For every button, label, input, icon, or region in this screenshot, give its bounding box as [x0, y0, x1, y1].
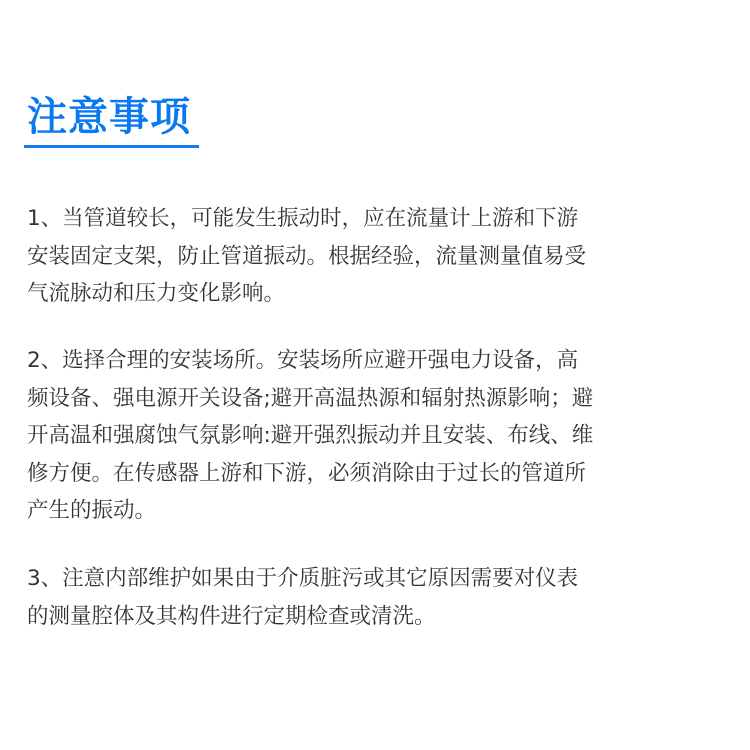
paragraph-line: 产生的振动。	[27, 492, 727, 530]
paragraph-line: 的测量腔体及其构件进行定期检查或清洗。	[27, 598, 727, 636]
paragraph-line: 2、选择合理的安装场所。安装场所应避开强电力设备，高	[27, 342, 727, 380]
note-paragraph-1: 1、当管道较长，可能发生振动时，应在流量计上游和下游 安装固定支架，防止管道振动…	[27, 200, 727, 313]
note-paragraph-3: 3、注意内部维护如果由于介质脏污或其它原因需要对仪表 的测量腔体及其构件进行定期…	[27, 560, 727, 635]
paragraph-line: 修方便。在传感器上游和下游，必须消除由于过长的管道所	[27, 455, 727, 493]
page-title: 注意事项	[24, 93, 199, 141]
paragraph-line: 1、当管道较长，可能发生振动时，应在流量计上游和下游	[27, 200, 727, 238]
paragraph-line: 气流脉动和压力变化影响。	[27, 275, 727, 313]
note-paragraph-2: 2、选择合理的安装场所。安装场所应避开强电力设备，高 频设备、强电源开关设备;避…	[27, 342, 727, 530]
heading-block: 注意事项	[24, 93, 199, 148]
paragraph-line: 频设备、强电源开关设备;避开高温热源和辐射热源影响；避	[27, 380, 727, 418]
paragraph-line: 3、注意内部维护如果由于介质脏污或其它原因需要对仪表	[27, 560, 727, 598]
paragraph-line: 开高温和强腐蚀气氛影响:避开强烈振动并且安装、布线、维	[27, 417, 727, 455]
paragraph-line: 安装固定支架，防止管道振动。根据经验，流量测量值易受	[27, 238, 727, 276]
